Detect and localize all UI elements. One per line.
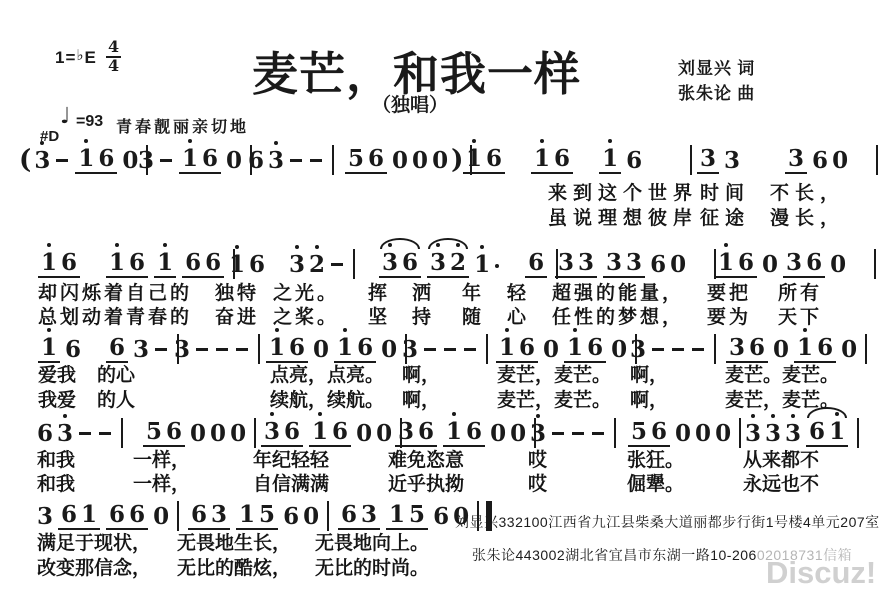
lyric-segment-row1: 张狂。 [627, 451, 684, 472]
measure-2-4: 333360 [552, 248, 722, 280]
time-signature: 4 4 [106, 39, 121, 75]
octave-dot [436, 243, 440, 247]
expression-text: 青春靓丽亲切地 [116, 114, 249, 137]
note-digit: 0 [432, 149, 448, 172]
note-digit: 0 [695, 422, 711, 445]
note-token: 2 [307, 253, 327, 276]
note-digit: 0 [190, 422, 206, 445]
note-group: 61 [58, 503, 100, 530]
note-token: 0 [760, 253, 780, 276]
note-token: 0 [673, 422, 693, 445]
barline [876, 145, 878, 175]
duration-dash [56, 159, 68, 162]
measure-1-6: 33360 [694, 144, 884, 176]
octave-dot [315, 245, 319, 249]
octave-dot [452, 412, 456, 416]
note-digit: 1 [602, 147, 618, 170]
measure-3-7: 360160 [723, 333, 873, 365]
note-token: 0 [508, 422, 528, 445]
note-group: 33 [603, 251, 645, 278]
lyric-segment-row1: 的心 [97, 366, 135, 387]
note-digit: 6 [289, 336, 305, 359]
lyric-segment-row2: 近乎执拗 [388, 475, 464, 496]
note-digit: 6 [129, 251, 145, 274]
octave-dot [318, 412, 322, 416]
note-group: 66 [182, 251, 224, 278]
lyric-segment-row1: 和我 [37, 451, 75, 472]
note-digit: 3 [34, 149, 50, 172]
note-digit: 3 [37, 505, 53, 528]
note-digit: 6 [248, 149, 264, 172]
octave-dot [270, 412, 274, 416]
spacer [762, 160, 782, 161]
lyric-segment-row1: 哎 [528, 451, 547, 472]
note-token: 6 [624, 149, 644, 172]
note-digit: 6 [626, 149, 642, 172]
note-digit: 3 [786, 251, 802, 274]
measure-2-3: 363216 [376, 248, 564, 280]
note-digit: 1 [157, 251, 173, 274]
note-group: 6 [525, 251, 547, 278]
note-digit: 0 [303, 505, 319, 528]
note-digit: 3 [578, 251, 594, 274]
subtitle: （独唱） [372, 90, 448, 117]
octave-dot [835, 412, 839, 416]
measure-2-1: 1616166 [35, 248, 241, 280]
lyric-segment-row1: 无畏地向上。 [315, 534, 429, 555]
duration-dash [672, 348, 684, 351]
time-signature-numerator: 4 [106, 39, 121, 56]
note-digit: 6 [283, 505, 299, 528]
lyric-segment-row2: 我爱 [38, 391, 76, 412]
spacer [267, 264, 287, 265]
discuz-watermark: Discuz! [766, 555, 876, 591]
lyric-segment-row1: 难免恣意 [388, 451, 464, 472]
note-digit: 0 [675, 422, 691, 445]
lyric-segment-row2: 任性的梦想， [552, 308, 684, 329]
note-token: 3 [722, 149, 742, 172]
note-digit: 1 [229, 253, 245, 276]
measure-4-4: 361600 [392, 417, 542, 449]
note-digit: 3 [382, 251, 398, 274]
octave-dot [63, 414, 67, 418]
note-token: 3 [35, 505, 55, 528]
note-digit: 3 [57, 422, 73, 445]
note-digit: 6 [65, 338, 81, 361]
lyric-segment-row1: 来到这个世界 [548, 184, 698, 205]
note-digit: 1 [829, 420, 845, 443]
note-digit: 0 [670, 253, 686, 276]
note-digit: 6 [812, 149, 828, 172]
lyric-segment-row2: 虽说理想彼岸 [548, 209, 698, 230]
octave-dot [608, 139, 612, 143]
note-token: 0 [713, 422, 733, 445]
note-token: 6 [246, 149, 266, 172]
octave-dot [235, 245, 239, 249]
measure-3-5: 160160 [493, 333, 643, 365]
lyric-segment-row2: 坚 [368, 308, 390, 329]
lyric-segment-row1: 洒 [412, 284, 434, 305]
note-token: 6 [63, 338, 83, 361]
duration-dash [99, 432, 111, 435]
barline [332, 145, 334, 175]
note-digit: 6 [486, 147, 502, 170]
note-token: 3 [783, 422, 803, 445]
note-token: 6 [431, 505, 451, 528]
note-group: 15 [386, 503, 428, 530]
octave-dot [751, 414, 755, 418]
note-group: 56 [345, 147, 387, 174]
duration-dash [216, 348, 228, 351]
note-group: 36 [379, 251, 421, 278]
note-digit: 6 [357, 336, 373, 359]
note-digit: 0 [226, 149, 242, 172]
measure-1-3: 63 [246, 144, 340, 176]
note-token: 1 [472, 253, 502, 276]
note-digit: 1 [466, 147, 482, 170]
lyric-segment-row2: 一样， [133, 475, 190, 496]
lyric-segment-row2: 总划动着青春的 [38, 308, 192, 329]
note-digit: 3 [729, 336, 745, 359]
barline [739, 418, 741, 448]
lyric-segment-row2: 续航，续航。 [270, 391, 384, 412]
note-group: 1 [38, 336, 60, 363]
measure-1-1: (3160 [18, 144, 154, 176]
note-group: 16 [334, 336, 376, 363]
note-digit: 6 [61, 251, 77, 274]
measure-4-3: 361600 [258, 417, 408, 449]
note-digit: 6 [519, 336, 535, 359]
lyric-segment-row2: 倔犟。 [627, 475, 684, 496]
duration-dash [79, 432, 91, 435]
tempo-value: =93 [76, 113, 103, 131]
measure-4-7: 33361 [743, 417, 865, 449]
barline [121, 418, 123, 448]
octave-dot [771, 414, 775, 418]
note-digit: 3 [398, 420, 414, 443]
duration-dash [464, 348, 476, 351]
lyric-segment-row1: 爱我 [38, 366, 76, 387]
note-token: 3 [743, 422, 763, 445]
octave-dot [388, 243, 392, 247]
note-group: 66 [106, 503, 148, 530]
note-digit: 6 [806, 251, 822, 274]
note-token: 0 [311, 338, 331, 361]
note-token: 1 [227, 253, 247, 276]
key-note: E [84, 48, 96, 67]
note-digit: 1 [499, 336, 515, 359]
lyric-segment-row1: 年纪轻轻 [253, 451, 329, 472]
measure-4-6: 56000 [625, 417, 747, 449]
measure-1-5: 161616 [460, 144, 698, 176]
barline [857, 418, 859, 448]
note-group: 16 [266, 336, 308, 363]
note-digit: 3 [268, 149, 284, 172]
lyric-segment-row2: 漫长， [770, 209, 845, 230]
duration-dash [236, 348, 248, 351]
note-group: 16 [564, 336, 606, 363]
lyric-segment-row2: 无比的酷炫， [177, 559, 291, 580]
lyric-segment-row2: 的人 [97, 391, 135, 412]
note-digit: 0 [611, 338, 627, 361]
measure-3-6: 3 [628, 333, 722, 365]
tie-arc [428, 238, 468, 249]
spacer [644, 160, 664, 161]
augmentation-dot [495, 264, 499, 268]
octave-dot [803, 328, 807, 332]
octave-dot [84, 139, 88, 143]
note-group: 33 [555, 251, 597, 278]
note-digit: 3 [264, 420, 280, 443]
note-group: 32 [427, 251, 469, 278]
note-token: 3 [763, 422, 783, 445]
barline [254, 418, 256, 448]
note-group: 6 [106, 336, 128, 363]
key-prefix: 1= [55, 48, 76, 67]
lyric-segment-row2: 要为 [707, 308, 751, 329]
note-digit: 0 [412, 149, 428, 172]
barline [714, 334, 716, 364]
spacer [850, 160, 870, 161]
note-digit: 1 [182, 147, 198, 170]
note-digit: 3 [402, 338, 418, 361]
note-token: 6 [810, 149, 830, 172]
lyricist-credit: 刘显兴 词 [678, 54, 755, 79]
lyric-segment-row1: 独特 [215, 284, 259, 305]
note-group: 36 [783, 251, 825, 278]
quarter-note-icon: ♩ [60, 104, 70, 129]
measure-3-4: 3 [400, 333, 494, 365]
duration-dash [572, 432, 584, 435]
note-digit: 1 [567, 336, 583, 359]
note-token: 0 [354, 422, 374, 445]
note-digit: 6 [651, 420, 667, 443]
octave-dot [295, 245, 299, 249]
measure-2-5: 160360 [712, 248, 882, 280]
note-digit: 0 [510, 422, 526, 445]
lyric-segment-row1: 却闪烁着自己的 [38, 284, 192, 305]
note-digit: 0 [762, 253, 778, 276]
note-digit: 0 [153, 505, 169, 528]
duration-dash [310, 159, 322, 162]
note-token: 6 [281, 505, 301, 528]
lyric-segment-row2: 啊， [402, 391, 440, 412]
note-token: 0 [828, 253, 848, 276]
lyric-segment-row2: 天下 [778, 308, 822, 329]
lyric-segment-row2: 麦芒，麦芒。 [497, 391, 611, 412]
lyric-segment-row1: 无畏地生长， [177, 534, 291, 555]
note-digit: 1 [312, 420, 328, 443]
note-digit: 3 [138, 149, 154, 172]
measure-3-1: 1663 [35, 333, 185, 365]
note-group: 61 [806, 420, 848, 447]
note-digit: 1 [269, 336, 285, 359]
measure-4-1: 63 [35, 417, 129, 449]
note-digit: 6 [129, 503, 145, 526]
lyric-segment-row2: 自信满满 [253, 475, 329, 496]
note-digit: 6 [554, 147, 570, 170]
note-digit: 6 [37, 422, 53, 445]
note-token: 3 [136, 149, 156, 172]
note-digit: 0 [230, 422, 246, 445]
measure-3-3: 160160 [263, 333, 413, 365]
note-digit: 3 [788, 147, 804, 170]
note-group: 36 [395, 420, 437, 447]
note-digit: 6 [528, 251, 544, 274]
note-digit: 3 [133, 338, 149, 361]
lyric-segment-row1: 从来都不 [743, 451, 819, 472]
key-signature: 1=♭E [55, 46, 97, 68]
note-token: 6 [648, 253, 668, 276]
lyric-segment-row2: 哎 [528, 475, 547, 496]
lyric-segment-row1: 年 [462, 284, 484, 305]
note-group: 56 [628, 420, 670, 447]
note-digit: 6 [109, 503, 125, 526]
duration-dash [592, 432, 604, 435]
note-token: 3 [55, 422, 75, 445]
octave-dot [791, 414, 795, 418]
note-digit: 0 [356, 422, 372, 445]
note-digit: 1 [78, 147, 94, 170]
note-digit: 1 [239, 503, 255, 526]
sheet-music-page: 1=♭E 4 4 麦芒，和我一样 （独唱） 刘显兴 词 张朱论 曲 #D ♩ =… [0, 0, 894, 598]
note-digit: 6 [191, 503, 207, 526]
note-token: 0 [301, 505, 321, 528]
note-digit: 3 [745, 422, 761, 445]
note-token: 0 [609, 338, 629, 361]
note-digit: 6 [466, 420, 482, 443]
note-digit: 3 [430, 251, 446, 274]
note-digit: 6 [402, 251, 418, 274]
note-group: 63 [338, 503, 380, 530]
barline [258, 334, 260, 364]
barline [865, 334, 867, 364]
lyric-segment-row2: 心 [507, 308, 529, 329]
note-token: 6 [247, 253, 267, 276]
lyric-segment-row2: 随 [462, 308, 484, 329]
note-group: 16 [794, 336, 836, 363]
duration-dash [424, 348, 436, 351]
octave-dot [505, 328, 509, 332]
octave-dot [115, 243, 119, 247]
note-digit: 0 [392, 149, 408, 172]
note-digit: 0 [376, 422, 392, 445]
note-digit: 1 [41, 336, 57, 359]
lyric-segment-row2: 征途 [700, 209, 750, 230]
note-token: 0 [151, 505, 171, 528]
tie-arc [380, 238, 420, 249]
note-digit: 3 [361, 503, 377, 526]
note-token: 3 [172, 338, 192, 361]
note-digit: 2 [450, 251, 466, 274]
note-token: 0 [410, 149, 430, 172]
measure-2-2: 1632 [227, 248, 361, 280]
lyric-segment-row2: 改变那信念， [37, 559, 151, 580]
note-digit: 3 [626, 251, 642, 274]
lyric-segment-row1: 轻 [507, 284, 529, 305]
note-token: 3 [131, 338, 151, 361]
octave-dot [274, 141, 278, 145]
note-digit: 0 [381, 338, 397, 361]
note-group: 16 [496, 336, 538, 363]
spacer [508, 160, 528, 161]
note-token: 0 [228, 422, 248, 445]
octave-dot [47, 328, 51, 332]
note-digit: 6 [817, 336, 833, 359]
spacer [83, 264, 103, 265]
lyric-segment-row1: 不长， [770, 184, 845, 205]
octave-dot [472, 139, 476, 143]
octave-dot [47, 243, 51, 247]
duration-dash [444, 348, 456, 351]
note-digit: 1 [337, 336, 353, 359]
note-token: 0 [188, 422, 208, 445]
barline [177, 501, 179, 531]
note-digit: 6 [809, 420, 825, 443]
note-digit: 0 [830, 253, 846, 276]
measure-4-2: 56000 [140, 417, 262, 449]
note-digit: 6 [61, 503, 77, 526]
spacer [502, 264, 522, 265]
note-token: 3 [628, 338, 648, 361]
note-digit: 6 [650, 253, 666, 276]
note-digit: 3 [724, 149, 740, 172]
spacer [664, 160, 684, 161]
lyric-segment-row2: 之桨。 [273, 308, 339, 329]
note-group: 3 [785, 147, 807, 174]
note-token: 0 [771, 338, 791, 361]
note-token: 0 [693, 422, 713, 445]
note-group: 15 [236, 503, 278, 530]
note-token: 0 [390, 149, 410, 172]
lyric-segment-row1: 超强的能量， [552, 284, 684, 305]
measure-5-2: 631560 [185, 500, 335, 532]
note-digit: 6 [749, 336, 765, 359]
note-token: 3 [266, 149, 286, 172]
address-line-1: 刘显兴332100江西省九江县柴桑大道丽都步行街1号楼4单元207室 [455, 512, 880, 532]
note-digit: 5 [631, 420, 647, 443]
lyric-segment-row1: 麦芒。麦芒。 [725, 366, 839, 387]
lyric-segment-row1: 满足于现状， [37, 534, 151, 555]
spacer [688, 264, 708, 265]
lyric-segment-row1: 啊， [402, 366, 440, 387]
note-group: 16 [715, 251, 757, 278]
note-digit: 3 [630, 338, 646, 361]
note-token: 0 [830, 149, 850, 172]
note-group: 16 [531, 147, 573, 174]
measure-4-5: 3 [528, 417, 622, 449]
parenthesis: ( [19, 147, 31, 173]
note-digit: 6 [332, 420, 348, 443]
note-digit: 6 [205, 251, 221, 274]
note-token: 0 [430, 149, 450, 172]
note-token: 3 [32, 149, 52, 172]
barline [327, 501, 329, 531]
note-token: 0 [668, 253, 688, 276]
note-digit: 5 [259, 503, 275, 526]
note-digit: 5 [409, 503, 425, 526]
lyric-segment-row1: 一样， [133, 451, 190, 472]
time-signature-denominator: 4 [106, 56, 121, 75]
spacer [576, 160, 596, 161]
octave-dot [536, 414, 540, 418]
note-digit: 1 [41, 251, 57, 274]
duration-dash [692, 348, 704, 351]
note-digit: 3 [785, 422, 801, 445]
lyric-segment-row1: 时间 [700, 184, 750, 205]
measure-1-4: 56000) [342, 144, 478, 176]
duration-dash [552, 432, 564, 435]
